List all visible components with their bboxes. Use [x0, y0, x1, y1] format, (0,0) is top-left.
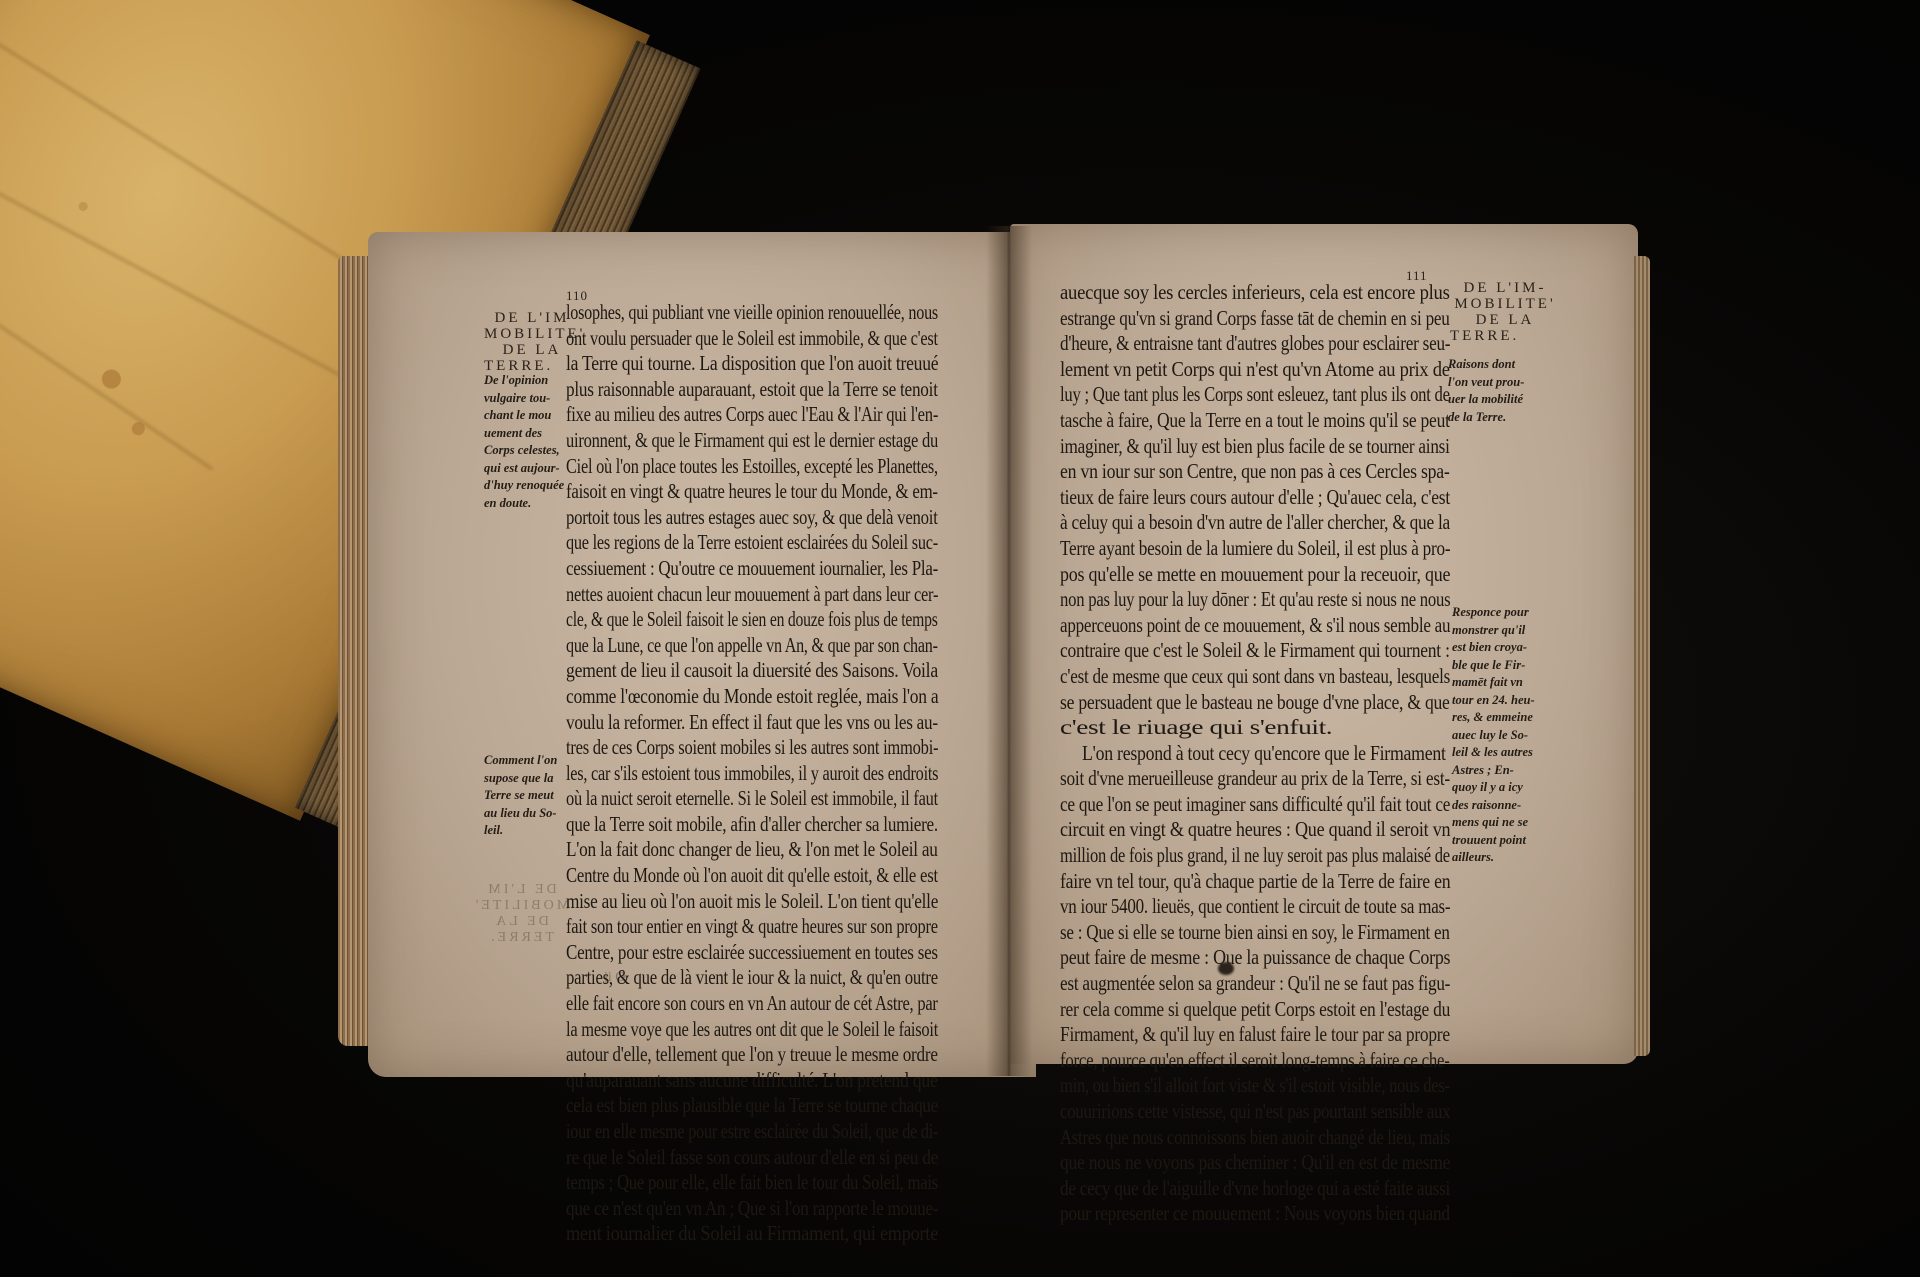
text-line: est augmentée selon sa grandeur : Qu'il … — [1060, 971, 1380, 997]
right-page-body: auecque soy les cercles inferieurs, cela… — [1060, 280, 1450, 1227]
text-line: la Terre qui tourne. La disposition que … — [566, 351, 878, 377]
text-line: voulu la reformer. En effect il faut que… — [566, 710, 870, 736]
margin-note-line: d'huy renoquée — [484, 477, 564, 495]
margin-note-line: quoy il y a icy — [1452, 779, 1535, 797]
margin-note-line: uement des — [484, 425, 564, 443]
text-line: plus raisonnable auparauant, estoit que … — [566, 377, 871, 403]
text-line: ce que l'on se peut imaginer sans diffic… — [1060, 792, 1380, 818]
margin-note-line: uer la mobilité — [1448, 391, 1524, 409]
left-margin-note-comment: Comment l'on supose que la Terre se meut… — [484, 752, 557, 840]
text-line: que la Lune, ce que l'on appelle vn An, … — [566, 633, 851, 659]
text-line: gement de lieu il causoit la diuersité d… — [566, 658, 878, 684]
text-line: qu'auparauant sans aucune difficulté. L'… — [566, 1068, 880, 1094]
text-line: se : Que si elle se tourne bien ainsi en… — [1060, 920, 1377, 946]
text-line: tres de ces Corps soient mobiles si les … — [566, 735, 859, 761]
margin-note-line: des raisonne- — [1452, 797, 1535, 815]
text-line: nettes auoient chacun leur mouuement à p… — [566, 582, 856, 608]
text-line: re que le Soleil fasse son cours autour … — [566, 1145, 870, 1171]
text-line: million de fois plus grand, il ne luy se… — [1060, 843, 1367, 869]
text-line: cessiuement : Qu'outre ce mouuement iour… — [566, 556, 866, 582]
margin-note-line: tour en 24. heu- — [1452, 692, 1535, 710]
ghost-line: DE LA — [466, 914, 576, 930]
text-line: à celuy qui a besoin d'vn autre de l'all… — [1060, 510, 1382, 536]
show-through-running-head: DE L'IM MOBILITE' DE LA TERRE. — [466, 882, 576, 946]
text-line: losophes, qui publiant vne vieille opini… — [566, 300, 853, 326]
margin-note-line: monstrer qu'il — [1452, 622, 1535, 640]
text-line: faisoit en vingt & quatre heures le tour… — [566, 479, 864, 505]
margin-note-line: mens qui ne se — [1452, 814, 1535, 832]
running-head-line: DE LA — [1450, 312, 1560, 328]
text-line: la mesme voye que les autres ont dit que… — [566, 1017, 857, 1043]
text-line: rer cela comme si quelque petit Corps es… — [1060, 997, 1384, 1023]
running-head-line: MOBILITE' — [1450, 296, 1560, 312]
text-line: tasche à faire, Que la Terre en a tout l… — [1060, 408, 1385, 434]
text-line: portoit tous les autres estages auec soy… — [566, 505, 863, 531]
text-line: temps ; Que pour elle, elle fait bien le… — [566, 1170, 862, 1196]
margin-note-line: Astres ; En- — [1452, 762, 1535, 780]
text-line: c'est le riuage qui s'enfuit. — [1060, 715, 1567, 741]
ghost-line: DE L'IM — [466, 882, 576, 898]
text-line: non pas luy pour la luy dōner : Et qu'au… — [1060, 587, 1370, 613]
text-line: couuririons cette vistesse, qui n'est pa… — [1060, 1099, 1371, 1125]
text-line: lement vn petit Corps qui n'est qu'vn At… — [1060, 357, 1404, 383]
text-line: contraire que c'est le Soleil & le Firma… — [1060, 638, 1386, 664]
text-line: vn iour 5400. lieuës, que contient le ci… — [1060, 894, 1376, 920]
margin-note-line: ailleurs. — [1452, 849, 1535, 867]
text-line: Firmament, & qu'il luy en falust faire l… — [1060, 1022, 1384, 1048]
text-line: circuit en vingt & quatre heures : Que q… — [1060, 817, 1397, 843]
text-line: que la Terre soit mobile, afin d'aller c… — [566, 812, 869, 838]
text-line: estrange qu'vn si grand Corps fasse tāt … — [1060, 306, 1379, 332]
text-line: tieux de faire leurs cours autour d'elle… — [1060, 485, 1385, 511]
margin-note-line: est bien croya- — [1452, 639, 1535, 657]
text-line: force, pource qu'en effect il seroit lon… — [1060, 1048, 1372, 1074]
text-line: elle fait encore son cours en vn An auto… — [566, 991, 858, 1017]
right-page-stack — [1634, 256, 1650, 1056]
running-head-line: DE L'IM- — [1450, 280, 1560, 296]
margin-note-line: De l'opinion — [484, 372, 564, 390]
text-line: où la nuict seroit eternelle. Si le Sole… — [566, 786, 857, 812]
text-line: Centre, pour estre esclairée successiuem… — [566, 940, 867, 966]
text-line: auecque soy les cercles inferieurs, cela… — [1060, 280, 1406, 306]
book-gutter — [986, 226, 1032, 1076]
text-line: ment iournalier du Soleil au Firmament, … — [566, 1221, 889, 1247]
margin-note-line: de la Terre. — [1448, 409, 1524, 427]
margin-note-line: leil & les autres — [1452, 744, 1535, 762]
margin-note-line: Responce pour — [1452, 604, 1535, 622]
left-page-body: losophes, qui publiant vne vieille opini… — [566, 300, 938, 1247]
text-line: que nous ne voyons pas cheminer : Qu'il … — [1060, 1150, 1386, 1176]
margin-note-line: supose que la — [484, 770, 557, 788]
margin-note-line: Comment l'on — [484, 752, 557, 770]
left-margin-note-opinion: De l'opinion vulgaire tou- chant le mou … — [484, 372, 564, 512]
text-line: fait son tour entier en vingt & quatre h… — [566, 914, 857, 940]
text-line: comme l'œconomie du Monde estoit reglée,… — [566, 684, 876, 710]
text-line: Astres que nous connoissons bien auoir c… — [1060, 1125, 1370, 1151]
text-line: autour d'elle, tellement que l'on y treu… — [566, 1042, 870, 1068]
text-line: les, car s'ils estoient tous immobiles, … — [566, 761, 854, 787]
text-line: pos qu'elle se mette en mouuement pour l… — [1060, 562, 1394, 588]
text-line: L'on la fait donc changer de lieu, & l'o… — [566, 837, 871, 863]
margin-note-line: au lieu du So- — [484, 805, 557, 823]
text-line: c'est de mesme que ceux qui sont dans vn… — [1060, 664, 1378, 690]
margin-note-line: leil. — [484, 822, 557, 840]
text-line: faire vn tel tour, qu'à chaque partie de… — [1060, 869, 1390, 895]
text-line: ont voulu persuader que le Soleil est im… — [566, 326, 856, 352]
text-line: Terre ayant besoin de la lumiere du Sole… — [1060, 536, 1379, 562]
ghost-line: TERRE. — [466, 930, 576, 946]
text-line: que les regions de la Terre estoient esc… — [566, 530, 854, 556]
margin-note-line: qui est aujour- — [484, 460, 564, 478]
margin-note-line: Corps celestes, — [484, 442, 564, 460]
text-line: imaginer, & qu'il luy est bien plus faci… — [1060, 434, 1379, 460]
margin-note-line: mamēt fait vn — [1452, 674, 1535, 692]
margin-note-line: Raisons dont — [1448, 356, 1524, 374]
margin-note-line: en doute. — [484, 495, 564, 513]
margin-note-line: l'on veut prou- — [1448, 374, 1524, 392]
text-line: apperceuons point de ce mouuement, & s'i… — [1060, 613, 1377, 639]
text-line: fixe au milieu des autres Corps auec l'E… — [566, 402, 859, 428]
text-line: se persuadent que le basteau ne bouge d'… — [1060, 690, 1387, 716]
text-line: que ce n'est qu'en vn An ; Que si l'on r… — [566, 1196, 869, 1222]
text-line: mise au lieu où l'on auoit mis le Soleil… — [566, 889, 871, 915]
text-line: L'on respond à tout cecy qu'encore que l… — [1060, 741, 1390, 767]
text-line: de cecy que de l'aiguille d'vne horloge … — [1060, 1176, 1379, 1202]
margin-note-line: vulgaire tou- — [484, 390, 564, 408]
text-line: min, ou bien s'il alloit fort viste & s'… — [1060, 1073, 1367, 1099]
margin-note-line: chant le mou — [484, 407, 564, 425]
text-line: cle, & que le Soleil faisoit le sien en … — [566, 607, 844, 633]
running-head-line: TERRE. — [1450, 328, 1560, 344]
right-running-head: DE L'IM- MOBILITE' DE LA TERRE. — [1450, 280, 1560, 344]
text-line: uironnent, & que le Firmament qui est le… — [566, 428, 859, 454]
text-line: Ciel où l'on place toutes les Estoilles,… — [566, 454, 855, 480]
text-line: Centre du Monde où l'on auoit dit qu'ell… — [566, 863, 862, 889]
ghost-line: MOBILITE' — [466, 898, 576, 914]
right-margin-note-reasons: Raisons dont l'on veut prou- uer la mobi… — [1448, 356, 1524, 426]
text-line: cela est bien plus plausible que la Terr… — [566, 1093, 867, 1119]
margin-note-line: ble que le Fir- — [1452, 657, 1535, 675]
margin-note-line: Terre se meut — [484, 787, 557, 805]
signature-mark: ji O — [604, 970, 625, 986]
margin-note-line: trouuent point — [1452, 832, 1535, 850]
ink-blot — [1218, 962, 1234, 975]
text-line: iour en elle mesme pour estre esclairée … — [566, 1119, 853, 1145]
text-line: en vn iour sur son Centre, que non pas à… — [1060, 459, 1390, 485]
text-line: pour representer ce mouuement : Nous voy… — [1060, 1201, 1381, 1227]
text-line: d'heure, & entraisne tant d'autres globe… — [1060, 331, 1379, 357]
text-line: luy ; Que tant plus les Corps sont esleu… — [1060, 382, 1369, 408]
text-line: soit d'vne merueilleuse grandeur au prix… — [1060, 766, 1382, 792]
